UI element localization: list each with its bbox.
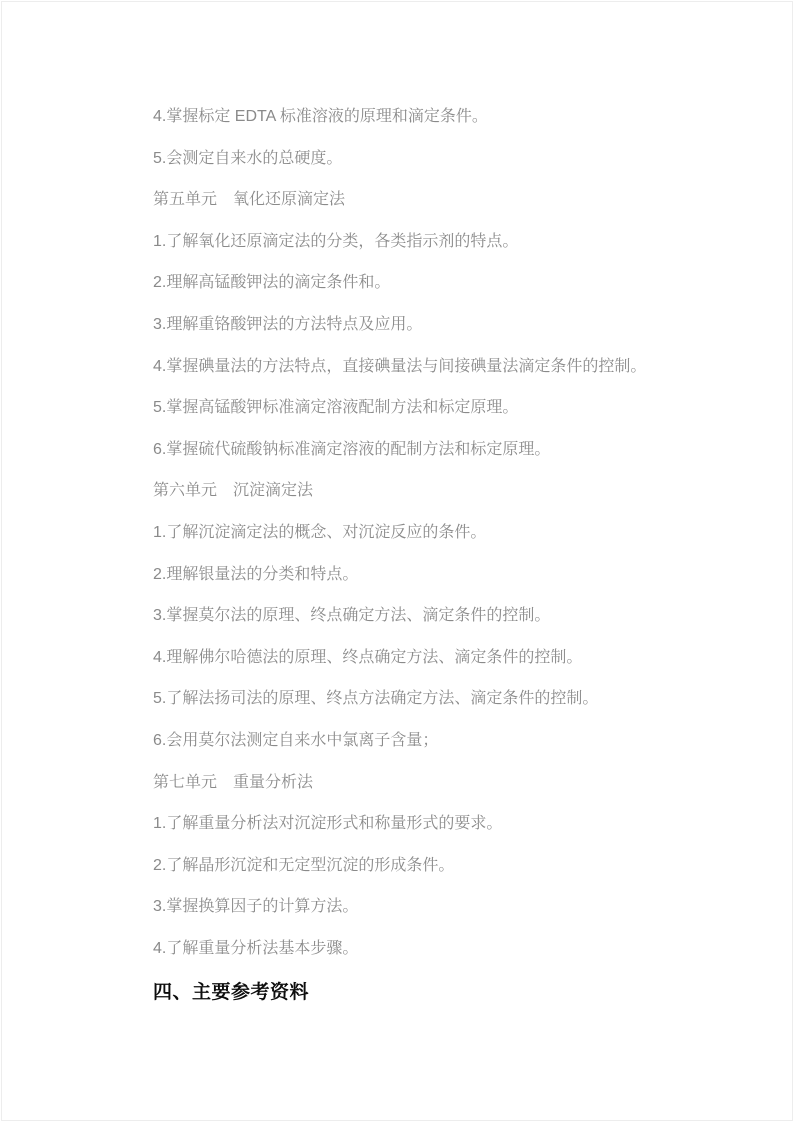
body-paragraph: 5.掌握高锰酸钾标准滴定溶液配制方法和标定原理。	[153, 400, 662, 416]
body-paragraph: 4.掌握碘量法的方法特点，直接碘量法与间接碘量法滴定条件的控制。	[153, 359, 662, 375]
body-paragraph: 3.掌握换算因子的计算方法。	[153, 899, 662, 915]
body-paragraph: 2.理解高锰酸钾法的滴定条件和。	[153, 275, 662, 291]
body-paragraph: 2.理解银量法的分类和特点。	[153, 567, 662, 583]
unit-heading: 第七单元 重量分析法	[153, 775, 662, 791]
body-paragraph: 6.会用莫尔法测定自来水中氯离子含量；	[153, 733, 662, 749]
body-paragraph: 1.了解重量分析法对沉淀形式和称量形式的要求。	[153, 816, 662, 832]
body-paragraph: 3.理解重铬酸钾法的方法特点及应用。	[153, 317, 662, 333]
body-paragraph: 6.掌握硫代硫酸钠标准滴定溶液的配制方法和标定原理。	[153, 442, 662, 458]
body-paragraph: 5.了解法扬司法的原理、终点方法确定方法、滴定条件的控制。	[153, 691, 662, 707]
body-paragraph: 4.理解佛尔哈德法的原理、终点确定方法、滴定条件的控制。	[153, 650, 662, 666]
body-paragraph: 1.了解沉淀滴定法的概念、对沉淀反应的条件。	[153, 525, 662, 541]
body-paragraph: 3.掌握莫尔法的原理、终点确定方法、滴定条件的控制。	[153, 608, 662, 624]
unit-heading: 第六单元 沉淀滴定法	[153, 483, 662, 499]
unit-heading: 第五单元 氧化还原滴定法	[153, 192, 662, 208]
body-paragraph: 2.了解晶形沉淀和无定型沉淀的形成条件。	[153, 858, 662, 874]
body-paragraph: 4.掌握标定 EDTA 标准溶液的原理和滴定条件。	[153, 109, 662, 125]
body-paragraph: 1.了解氧化还原滴定法的分类，各类指示剂的特点。	[153, 234, 662, 250]
document-page: 4.掌握标定 EDTA 标准溶液的原理和滴定条件。 5.会测定自来水的总硬度。 …	[1, 1, 793, 1121]
body-paragraph: 4.了解重量分析法基本步骤。	[153, 941, 662, 957]
section-heading: 四、主要参考资料	[153, 982, 662, 1004]
body-paragraph: 5.会测定自来水的总硬度。	[153, 151, 662, 167]
